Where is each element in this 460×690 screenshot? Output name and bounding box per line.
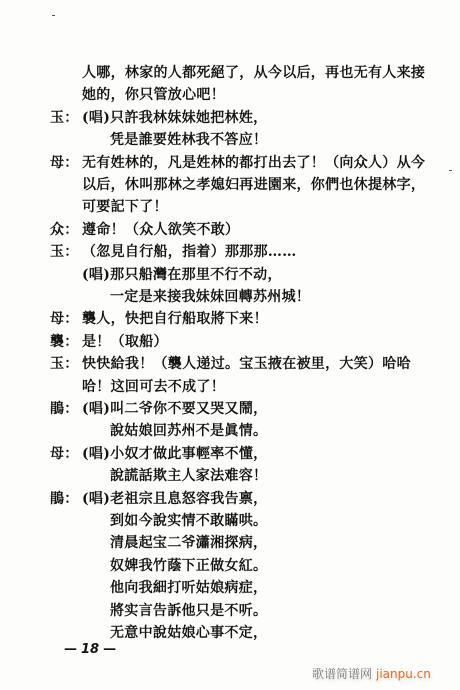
line-text: （忽見自行船，指着）那那那…… [82,242,297,262]
line-text: (唱)只許我林妹妹她把林姓， [82,108,267,128]
page-number: —18— [64,641,116,659]
line-text: 說姑娘回苏州不是眞情。 [110,421,267,441]
speaker-label: 玉： [50,242,79,262]
speaker-label: 鵑： [50,489,79,509]
speaker-label: 母： [50,444,79,464]
page-number-dash-right: — [103,642,116,657]
watermark: 歌谱简谱网jianpu.cn [312,666,431,682]
line-text: 遵命！（众人欲笑不敢） [82,220,239,240]
line-text: 无意中說姑娘心事不定， [110,623,267,643]
line-text: 可要記下了！ [82,197,168,217]
page-number-dash-left: — [64,642,77,657]
speaker-label: 母： [50,153,79,173]
speaker-label: 玉： [50,354,79,374]
scan-speck [52,15,55,16]
speaker-label: 玉： [50,108,79,128]
line-text: 无有姓林的，凡是姓林的都打出去了！（向众人）从今 [82,153,425,173]
watermark-url: jianpu.cn [376,667,431,681]
line-text: 說謊話欺主人家法难容！ [110,466,267,486]
scan-speck [449,170,452,171]
line-text: 她的，你只管放心吧！ [82,85,225,105]
line-text: 襲人，快把自行船取將下来！ [82,309,268,329]
line-text: 是！（取船） [82,332,168,352]
line-text: 哈！这回可去不成了！ [82,377,225,397]
line-text: 人哪，林家的人都死絕了，从今以后，再也无有人来接 [82,63,425,83]
line-text: 凭是誰要姓林我不答应！ [110,130,267,150]
speaker-label: 母： [50,309,79,329]
line-text: 快快給我！（襲人递过。宝玉掖在被里，大笑）哈哈 [82,354,411,374]
line-text: 將实言告訴他只是不听。 [110,601,267,621]
line-text: 清晨起宝二爷瀟湘探病， [110,533,267,553]
page-number-value: 18 [81,642,99,657]
speaker-label: 众： [50,220,79,240]
speaker-label: 襲： [50,332,79,352]
line-text: 以后，休叫那林之孝媳妇再进園来，你們也休提林字， [82,175,425,195]
scanned-page: 人哪，林家的人都死絕了，从今以后，再也无有人来接她的，你只管放心吧！玉：(唱)只… [0,0,460,690]
line-text: 奴婢我竹蔭下正做女紅。 [110,556,267,576]
line-text: 一定是来接我妹妹回轉苏州城！ [110,287,310,307]
line-text: (唱)那只船灣在那里不行不动， [82,265,282,285]
line-text: 到如今說实情不敢瞞哄。 [110,511,267,531]
watermark-site-name: 歌谱简谱网 [312,667,372,681]
line-text: (唱)小奴才做此事輕率不懂， [82,444,267,464]
line-text: (唱)叫二爷你不要又哭又鬧， [82,399,267,419]
line-text: 他向我細打听姑娘病症， [110,578,267,598]
line-text: (唱)老祖宗且息怒容我告禀， [82,489,267,509]
speaker-label: 鵑： [50,399,79,419]
